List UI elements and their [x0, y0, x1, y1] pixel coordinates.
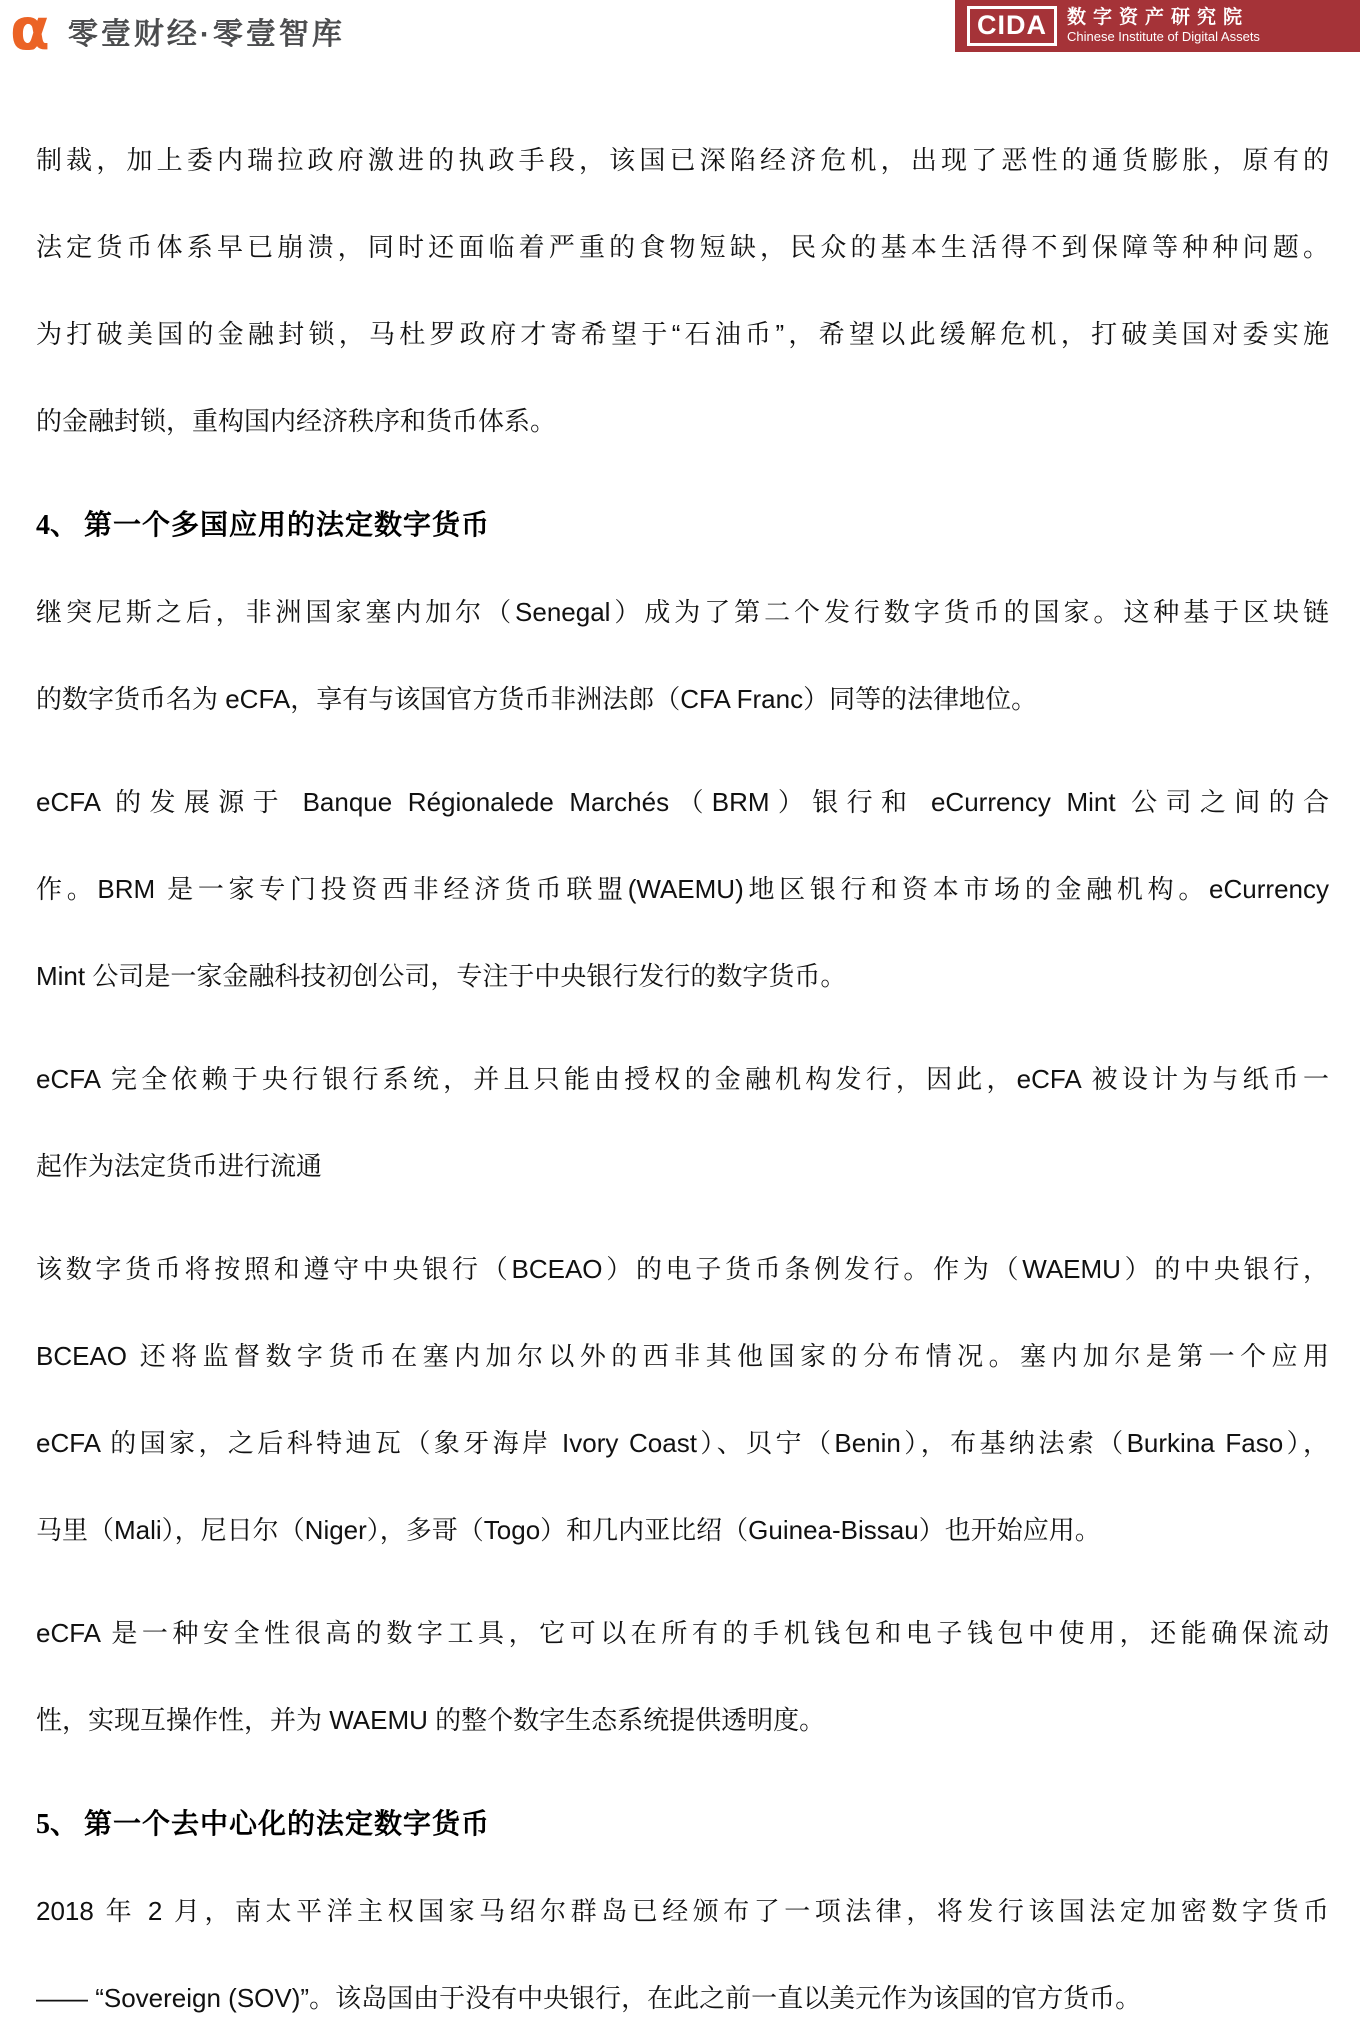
paragraph: 该数字货币将按照和遵守中央银行（BCEAO）的电子货币条例发行。作为（WAEMU…	[36, 1226, 1329, 1574]
paragraph: eCFA 完全依赖于央行银行系统，并且只能由授权的金融机构发行，因此，eCFA …	[36, 1036, 1329, 1210]
01caijing-logo: α 零壹财经·零壹智库	[10, 8, 345, 54]
page-header: α 零壹财经·零壹智库 CIDA 数字资产研究院 Chinese Institu…	[0, 0, 1365, 56]
heading-text: 第一个多国应用的法定数字货币	[84, 509, 490, 540]
paragraph: 2018 年 2 月，南太平洋主权国家马绍尔群岛已经颁布了一项法律，将发行该国法…	[36, 1868, 1329, 2042]
cida-abbr-box: CIDA	[967, 6, 1057, 46]
paragraph: 继突尼斯之后，非洲国家塞内加尔（Senegal）成为了第二个发行数字货币的国家。…	[36, 569, 1329, 743]
text-line: 起作为法定货币进行流通	[36, 1123, 1329, 1210]
cida-en-name: Chinese Institute of Digital Assets	[1067, 29, 1260, 45]
heading-number: 4、	[36, 510, 78, 541]
text-line: 马里（Mali），尼日尔（Niger），多哥（Togo）和几内亚比绍（Guine…	[36, 1487, 1329, 1574]
text-line: 性，实现互操作性，并为 WAEMU 的整个数字生态系统提供透明度。	[36, 1677, 1329, 1764]
heading-text: 第一个去中心化的法定数字货币	[84, 1808, 490, 1839]
section-heading: 5、第一个去中心化的法定数字货币	[36, 1780, 1329, 1868]
paragraph: eCFA 是一种安全性很高的数字工具，它可以在所有的手机钱包和电子钱包中使用，还…	[36, 1590, 1329, 1764]
section-heading: 4、第一个多国应用的法定数字货币	[36, 481, 1329, 569]
text-line: eCFA 的发展源于 Banque Régionalede Marchés（BR…	[36, 759, 1329, 846]
text-line: BCEAO 还将监督数字货币在塞内加尔以外的西非其他国家的分布情况。塞内加尔是第…	[36, 1313, 1329, 1400]
cida-logo: CIDA 数字资产研究院 Chinese Institute of Digita…	[955, 0, 1360, 52]
text-line: 的金融封锁，重构国内经济秩序和货币体系。	[36, 378, 1329, 465]
text-line: eCFA 是一种安全性很高的数字工具，它可以在所有的手机钱包和电子钱包中使用，还…	[36, 1590, 1329, 1677]
brand-text: 零壹财经·零壹智库	[68, 9, 345, 53]
text-line: 作。BRM 是一家专门投资西非经济货币联盟(WAEMU)地区银行和资本市场的金融…	[36, 846, 1329, 933]
text-line: Mint 公司是一家金融科技初创公司，专注于中央银行发行的数字货币。	[36, 933, 1329, 1020]
text-line: 制裁，加上委内瑞拉政府激进的执政手段，该国已深陷经济危机，出现了恶性的通货膨胀，…	[36, 117, 1329, 204]
cida-cn-name: 数字资产研究院	[1067, 7, 1260, 29]
paragraph: 制裁，加上委内瑞拉政府激进的执政手段，该国已深陷经济危机，出现了恶性的通货膨胀，…	[36, 117, 1329, 465]
alpha-logo-icon: α	[10, 6, 50, 52]
text-line: 该数字货币将按照和遵守中央银行（BCEAO）的电子货币条例发行。作为（WAEMU…	[36, 1226, 1329, 1313]
text-line: 继突尼斯之后，非洲国家塞内加尔（Senegal）成为了第二个发行数字货币的国家。…	[36, 569, 1329, 656]
text-line: eCFA 完全依赖于央行银行系统，并且只能由授权的金融机构发行，因此，eCFA …	[36, 1036, 1329, 1123]
text-line: 2018 年 2 月，南太平洋主权国家马绍尔群岛已经颁布了一项法律，将发行该国法…	[36, 1868, 1329, 1955]
paragraph: eCFA 的发展源于 Banque Régionalede Marchés（BR…	[36, 759, 1329, 1020]
cida-names: 数字资产研究院 Chinese Institute of Digital Ass…	[1067, 7, 1260, 44]
text-line: 法定货币体系早已崩溃，同时还面临着严重的食物短缺，民众的基本生活得不到保障等种种…	[36, 204, 1329, 291]
text-line: —— “Sovereign (SOV)”。该岛国由于没有中央银行，在此之前一直以…	[36, 1955, 1329, 2042]
document-body: 制裁，加上委内瑞拉政府激进的执政手段，该国已深陷经济危机，出现了恶性的通货膨胀，…	[0, 56, 1365, 2042]
text-line: eCFA 的国家，之后科特迪瓦（象牙海岸 Ivory Coast）、贝宁（Ben…	[36, 1400, 1329, 1487]
text-line: 为打破美国的金融封锁，马杜罗政府才寄希望于“石油币”，希望以此缓解危机，打破美国…	[36, 291, 1329, 378]
heading-number: 5、	[36, 1809, 78, 1840]
text-line: 的数字货币名为 eCFA，享有与该国官方货币非洲法郎（CFA Franc）同等的…	[36, 656, 1329, 743]
